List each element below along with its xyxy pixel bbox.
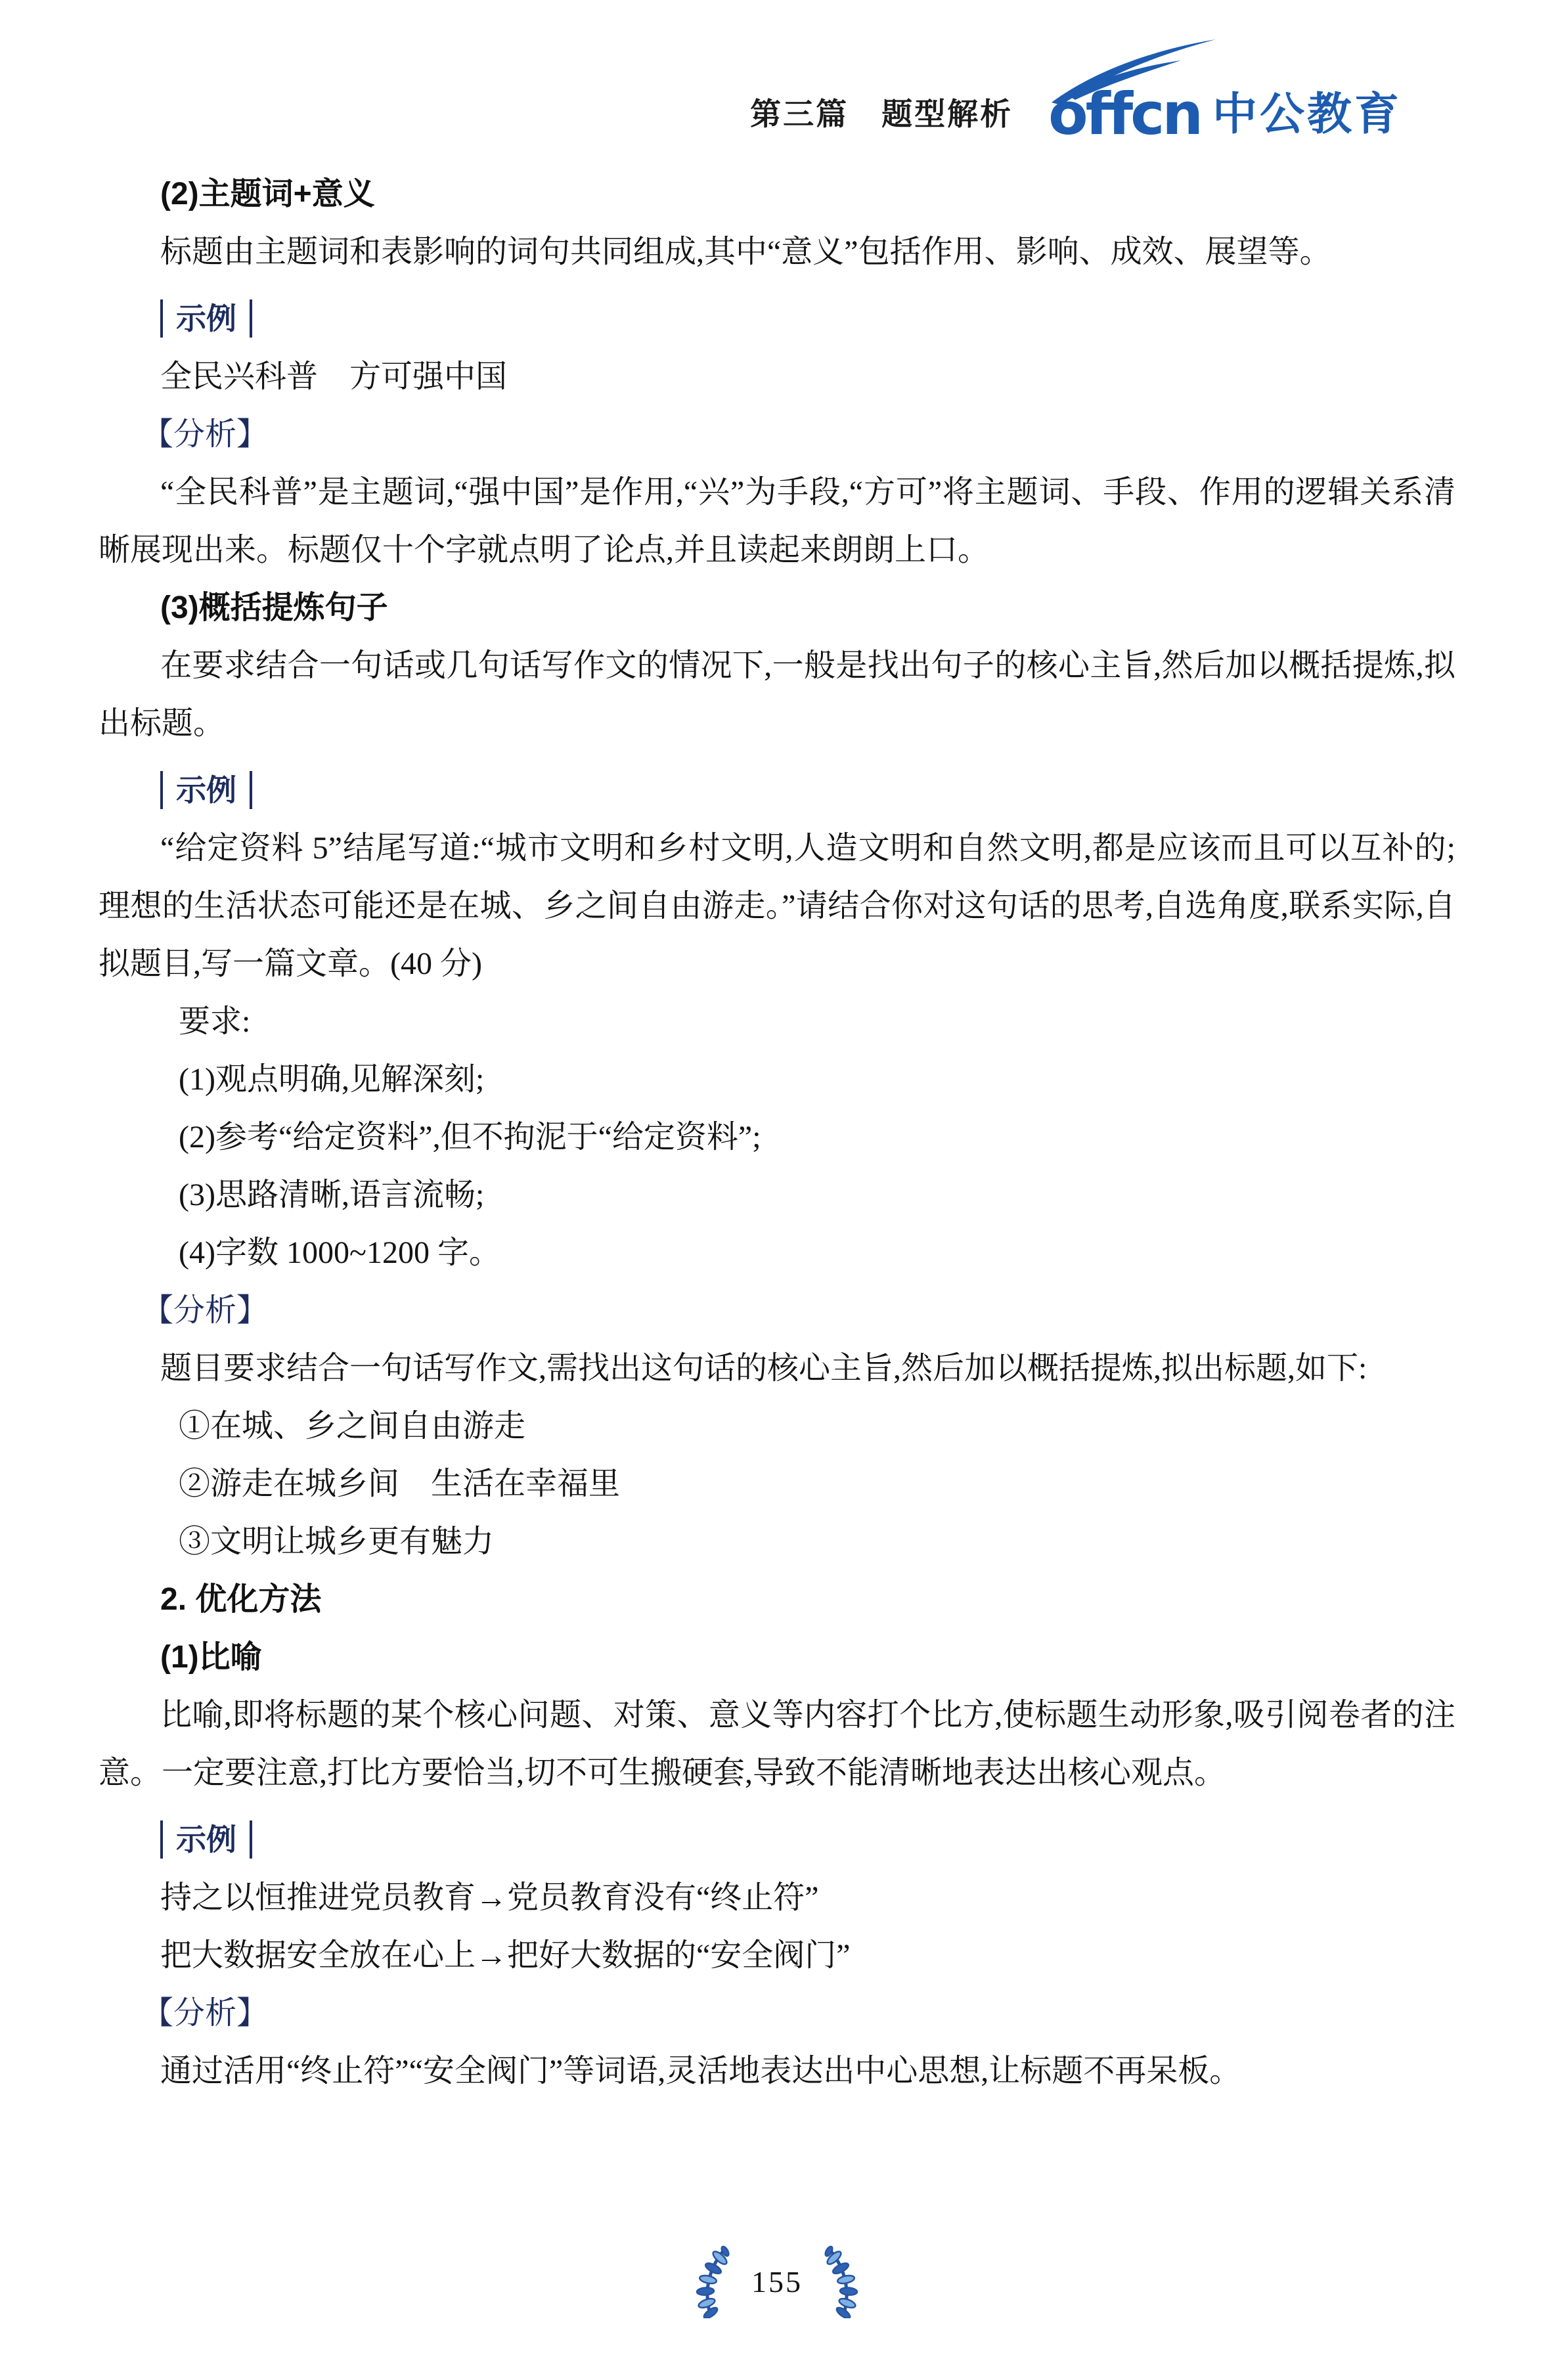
heading-metaphor: (1)比喻 (99, 1629, 1455, 1686)
example-label-text: 示例 (176, 298, 236, 339)
page-number: 155 (751, 2264, 803, 2299)
example-label-text: 示例 (176, 1819, 236, 1860)
paragraph-summarize: 在要求结合一句话或几句话写作文的情况下,一般是找出句子的核心主旨,然后加以概括提… (99, 637, 1455, 753)
heading-optimize: 2. 优化方法 (99, 1571, 1455, 1629)
vertical-bar-icon (160, 771, 163, 809)
metaphor-example-item: 把大数据安全放在心上→把好大数据的“安全阀门” (99, 1927, 1455, 1985)
analysis-paragraph-3: 通过活用“终止符”“安全阀门”等词语,灵活地表达出中心思想,让标题不再呆板。 (99, 2042, 1455, 2100)
requirement-item: (2)参考“给定资料”,但不拘泥于“给定资料”; (99, 1109, 1455, 1166)
vertical-bar-icon (250, 1820, 252, 1859)
analysis-paragraph-1: “全民科普”是主题词,“强中国”是作用,“兴”为手段,“方可”将主题词、手段、作… (99, 464, 1455, 579)
metaphor-example-item: 持之以恒推进党员教育→党员教育没有“终止符” (99, 1869, 1455, 1927)
requirement-item: (3)思路清晰,语言流畅; (99, 1166, 1455, 1224)
requirement-item: (4)字数 1000~1200 字。 (99, 1224, 1455, 1282)
section-title: 第三篇 题型解析 (750, 68, 1013, 134)
vertical-bar-icon (250, 771, 252, 809)
candidate-title-item: ③文明让城乡更有魅力 (99, 1513, 1455, 1571)
example-label-text: 示例 (176, 770, 236, 810)
candidate-title-item: ①在城、乡之间自由游走 (99, 1398, 1455, 1455)
laurel-left-icon (692, 2245, 733, 2318)
candidate-title-item: ②游走在城乡间 生活在幸福里 (99, 1455, 1455, 1513)
requirement-item: (1)观点明确,见解深刻; (99, 1051, 1455, 1109)
example-title-1: 全民兴科普 方可强中国 (99, 348, 1455, 406)
logo-latin-mark: offcn (1048, 60, 1201, 142)
vertical-bar-icon (160, 1820, 163, 1859)
logo-cn-text: 中公教育 (1212, 90, 1402, 142)
laurel-right-icon (821, 2245, 862, 2318)
paragraph-compose: 标题由主题词和表影响的词句共同组成,其中“意义”包括作用、影响、成效、展望等。 (99, 223, 1455, 281)
paragraph-metaphor: 比喻,即将标题的某个核心问题、对策、意义等内容打个比方,使标题生动形象,吸引阅卷… (99, 1686, 1455, 1802)
example-label: 示例 (160, 298, 1455, 339)
vertical-bar-icon (250, 299, 252, 338)
heading-summarize: (3)概括提炼句子 (99, 579, 1455, 637)
analysis-label: 【分析】 (99, 1985, 1455, 2042)
page-header: 第三篇 题型解析 offcn 中公教育 (750, 60, 1402, 142)
analysis-label: 【分析】 (99, 406, 1455, 464)
vertical-bar-icon (160, 299, 163, 338)
requirements-label: 要求: (99, 993, 1455, 1051)
analysis-label: 【分析】 (99, 1282, 1455, 1340)
page-content: (2)主题词+意义 标题由主题词和表影响的词句共同组成,其中“意义”包括作用、影… (99, 165, 1455, 2100)
heading-theme-meaning: (2)主题词+意义 (99, 165, 1455, 223)
logo-swoosh-icon (1046, 38, 1220, 107)
page-footer: 155 (0, 2245, 1554, 2318)
example-label: 示例 (160, 1819, 1455, 1860)
textbook-page: 第三篇 题型解析 offcn 中公教育 (2)主题词+意义 标题由主题词和表影响… (0, 0, 1554, 2380)
question-stem: “给定资料 5”结尾写道:“城市文明和乡村文明,人造文明和自然文明,都是应该而且… (99, 820, 1455, 993)
analysis-paragraph-2: 题目要求结合一句话写作文,需找出这句话的核心主旨,然后加以概括提炼,拟出标题,如… (99, 1340, 1455, 1398)
offcn-logo: offcn 中公教育 (1048, 60, 1402, 142)
example-label: 示例 (160, 770, 1455, 810)
